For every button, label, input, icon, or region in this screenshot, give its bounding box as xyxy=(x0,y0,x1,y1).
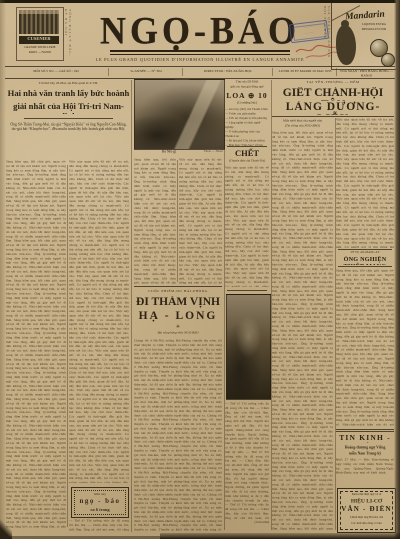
van-dien-line4: Chính hiệu ông Hai-Kỳ chế xyxy=(338,516,395,520)
left-article-headline-line2: giải nhất của Hội Trí-tri Nam-định xyxy=(6,101,131,114)
dateline-separator xyxy=(336,68,337,76)
masthead-rule-thin xyxy=(110,54,290,55)
dateline-date: LUNDI 28 ET MARDI 29 MAI 1933 xyxy=(276,69,334,73)
chet-oan-kicker: (Chuyện đưa của Thanh-Trà) xyxy=(225,159,269,163)
loa-list-item: — Ý-kiến phường chèo của Thanh-Lan xyxy=(225,130,269,139)
tin-kinh-do-headline: TIN KINH - ĐÔ xyxy=(336,433,394,443)
headline-underline-rule xyxy=(272,116,394,117)
dateline-address: TÒA SOẠN : PHỐ HÀNG BÔNG — HANOI xyxy=(338,69,395,78)
ornament-asterisk-icon: ✳ xyxy=(134,324,222,330)
van-dien-title: VĂN - ĐIỂN xyxy=(338,505,395,513)
column-rule xyxy=(67,165,68,527)
scan-edge-top xyxy=(0,0,400,3)
nghien-headline: ÔNG NGHIỆN THIỆT-MẠNG xyxy=(336,256,394,265)
body-text-column-3b: Việc này quan trên đã sức về tra xét, dâ… xyxy=(179,158,222,284)
ha-long-headline-line1: ĐI THĂM VỊNH xyxy=(134,296,222,310)
cusenier-line1: GRANDE DISTILLERIE xyxy=(19,46,61,50)
dateline-rule-top xyxy=(5,66,395,67)
headline-underline-rule xyxy=(24,118,113,119)
tin-kinh-do-subdeck-line1: Hoàng-thượng ngự Viếng xyxy=(336,445,394,450)
section-rule xyxy=(227,290,267,291)
left-article-standfirst: Ông Sở-Thẩm Trọng-Mai, tác-giả “Nguyệt K… xyxy=(9,122,128,158)
tin-kinh-do-body-text: Huế, 27 Mai. — Đức Kim-thượng sẽ ngự viế… xyxy=(336,458,394,485)
dateline-separator xyxy=(108,68,109,76)
masthead-subtitle: LE PLUS GRAND QUOTIDIEN D'INFORMATION IL… xyxy=(86,57,314,62)
scan-edge-left-shadow xyxy=(0,0,6,539)
section-rule xyxy=(338,266,392,267)
ha-long-headline-line2: HẠ - LONG xyxy=(134,310,222,324)
main-headline-line2: LÀNG DƯƠNG-LIỄU xyxy=(272,101,394,115)
ngo-bao-promo-box: hôm nay ngọ - báo ra 6 trang xyxy=(71,487,129,518)
main-story-body-column-5: Sáng hôm qua, hồi chín giờ, quan sở-tại … xyxy=(272,131,333,530)
bay-photo xyxy=(134,79,225,150)
main-story-subdeck-line2: (Tin riêng của NGỌ-BÁO) xyxy=(272,124,333,128)
van-dien-box-ad: Rượu thứ thiệt quý và rẻ HIỆU LI-CƠ VĂN … xyxy=(337,488,396,533)
main-headline-line1: GIẾT CHÁNH-HỘI TÂN xyxy=(272,87,394,101)
loa-kicker-line1: Thư của DI MAI xyxy=(225,80,269,84)
dateline-issue-number: 5e ANNÉE — N° 304 xyxy=(112,69,180,73)
promo-box-line1: hôm nay xyxy=(72,492,128,496)
loa-contents-list: — Gió bay (thơ) của Thanh-Châu — Vườn ca… xyxy=(225,107,269,146)
column-rule xyxy=(131,80,132,532)
mandarin-figure-illustration xyxy=(336,25,356,65)
left-article-body-column-1: Sáng hôm qua, hồi chín giờ, quan sở-tại … xyxy=(6,160,66,528)
section-rule xyxy=(227,146,267,147)
ha-long-byline: Bài của phóng-viên NGỌ-BÁO xyxy=(134,331,222,335)
cusenier-line2: PARIS — HANOI xyxy=(19,51,61,55)
main-story-kicker: TẠI YÊN-THƯỢNG — ĐÊM xyxy=(272,80,394,84)
masthead-rule-thick xyxy=(110,50,290,52)
masthead-title: NGỌ-BÁO xyxy=(96,8,304,53)
loa-kicker-line2: gửi các bạn gái đồng quê xyxy=(225,85,269,89)
section-rule xyxy=(134,286,222,287)
promo-box-line3: ra 6 trang xyxy=(72,507,128,512)
nghien-kicker: VỀ VỤ ÁN-MẠNG ẤY xyxy=(336,251,394,255)
loa-note: (Có những bài:) xyxy=(225,101,269,105)
loa-list-item: — Lặng ngắm tổ chức nghề-nghiệp xyxy=(225,121,269,130)
main-story-subdeck-line1: Mấy nhời khai của người nhà xyxy=(272,119,333,123)
photo-credit: Photo — Hanoi xyxy=(186,150,223,154)
scan-corner-bottom-left xyxy=(0,519,12,539)
masthead-vertical-text-right: GIÁ QUẢNG-CÁO XIN HỎI TÒA BÁO xyxy=(324,6,331,62)
chet-oan-body-text: Việc này quan trên đã sức về tra xét, dâ… xyxy=(225,166,269,287)
library-stamp: ···· ····· ··· ···· xyxy=(289,20,329,43)
double-rule-bottom xyxy=(336,431,394,432)
van-dien-line5: Các tỉnh đâu cũng có bán xyxy=(338,522,395,526)
bottles-illustration xyxy=(19,10,59,34)
masthead-vertical-text-left: TỔNG ĐẠI-LÝ BẮC-KỲ HÀ-NỘI xyxy=(64,9,72,61)
sub-column-rule xyxy=(177,160,178,282)
mandarin-line2: MÉDAILLES D'OR xyxy=(354,28,394,32)
medal-icon-small xyxy=(381,53,395,67)
scan-edge-right xyxy=(394,0,400,539)
newspaper-page: CUSENIER GRANDE DISTILLERIE PARIS — HANO… xyxy=(0,0,400,539)
van-dien-line1: Rượu thứ thiệt quý và rẻ xyxy=(338,493,395,497)
left-article-kicker: Tối thứ bảy 26 Mai, tại Hội-quán K.T.T.B… xyxy=(6,81,131,85)
main-story-body-column-6: Việc này quan trên đã sức về tra xét, dâ… xyxy=(336,118,394,248)
mandarin-line1: LIQUEUR EXTRA xyxy=(354,23,394,27)
double-rule-top xyxy=(336,429,394,430)
ha-long-body-text: Chúng tôi ở Hà-Nội xuống Hải-Phòng chuyế… xyxy=(134,339,222,532)
left-article-body-tail: — Thế à? Tôi tưởng việc ấy đã xong rồi k… xyxy=(69,519,129,531)
portrait-photo xyxy=(226,294,271,400)
dateline-director: DIRECTEUR : BÙI-XUÂN-HỌC xyxy=(186,69,270,73)
promo-box-title: ngọ - báo xyxy=(72,497,128,505)
body-text-column-3a: Sáng hôm qua, hồi chín giờ, quan sở-tại … xyxy=(134,158,176,284)
mandarin-figure-head xyxy=(341,20,349,28)
scan-edge-bottom-right xyxy=(160,533,400,539)
mandarin-ad: Mandarin LIQUEUR EXTRA MÉDAILLES D'OR xyxy=(331,2,397,70)
column-4-body-text: — Thế à? Tôi tưởng việc ấy đã xong rồi k… xyxy=(225,402,269,520)
van-dien-line2: HIỆU LI-CƠ xyxy=(338,498,395,504)
left-article-body-column-2: Việc này quan trên đã sức về tra xét, dâ… xyxy=(69,160,129,483)
tin-kinh-do-subdeck-line2: miền Nam Trung-kỳ xyxy=(336,451,394,456)
dateline-price: MỖI SỐ 5 XU — GIÁ SỐ : 1$2 xyxy=(6,69,106,73)
cusenier-ad: CUSENIER GRANDE DISTILLERIE PARIS — HANO… xyxy=(16,7,64,61)
column-6-mid-body-text: Sáng hôm qua, hồi chín giờ, quan sở-tại … xyxy=(336,269,394,427)
ha-long-kicker: CUỘC PHIẾM-DU HẢI-PHÒNG xyxy=(134,289,222,293)
section-rule xyxy=(338,249,392,250)
chet-oan-headline: CHẾT OAN xyxy=(225,148,269,159)
loa-title: LOA ⊕ 10 xyxy=(225,91,269,101)
dateline-separator xyxy=(272,68,273,76)
left-article-headline-line1: Hai nhà văn tranh lấy bức hoành xyxy=(6,88,131,101)
cusenier-brand: CUSENIER xyxy=(19,36,59,44)
continued-signoff: (Còn nữa) xyxy=(225,520,269,524)
dateline-separator xyxy=(182,68,183,76)
